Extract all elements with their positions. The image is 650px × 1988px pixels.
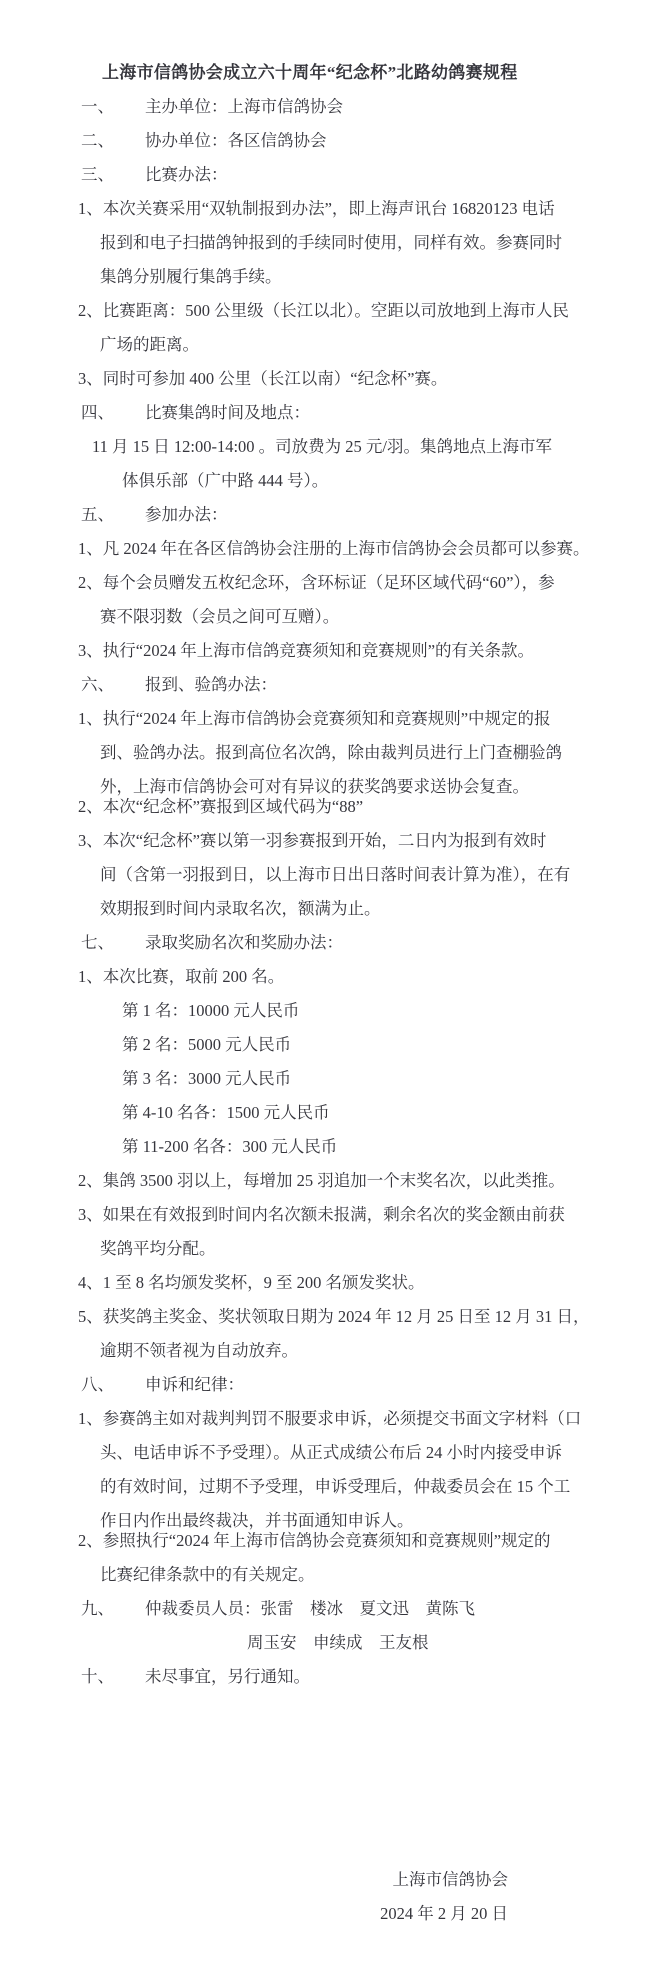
line-text: 2、本次“纪念杯”赛报到区域代码为“88”: [78, 797, 363, 816]
section-number: 九、: [81, 1592, 145, 1626]
line-text: 比赛集鸽时间及地点：: [145, 403, 310, 422]
doc-line-item: 1、执行“2024 年上海市信鸽协会竞赛须知和竞赛规则”中规定的报: [78, 702, 650, 736]
doc-line-cont: 间（含第一羽报到日，以上海市日出日落时间表计算为准），在有: [100, 858, 650, 892]
doc-line-prize: 第 1 名：10000 元人民币: [122, 994, 650, 1028]
signature-block: 上海市信鸽协会 2024 年 2 月 20 日: [0, 1863, 650, 1931]
line-text: 仲裁委员人员：张雷 楼冰 夏文迅 黄陈飞: [145, 1599, 475, 1618]
doc-line-item: 3、本次“纪念杯”赛以第一羽参赛报到开始，二日内为报到有效时: [78, 824, 650, 858]
line-text: 3、如果在有效报到时间内名次额未报满，剩余名次的奖金额由前获: [78, 1205, 565, 1224]
line-text: 主办单位：上海市信鸽协会: [145, 97, 343, 116]
line-text: 逾期不领者视为自动放弃。: [100, 1341, 298, 1360]
doc-line-item: 1、参赛鸽主如对裁判判罚不服要求申诉，必须提交书面文字材料（口: [78, 1402, 650, 1436]
line-text: 5、获奖鸽主奖金、奖状领取日期为 2024 年 12 月 25 日至 12 月 …: [78, 1307, 590, 1326]
section-number: 七、: [81, 926, 145, 960]
line-text: 2、集鸽 3500 羽以上，每增加 25 羽追加一个末奖名次，以此类推。: [78, 1171, 565, 1190]
section-number: 五、: [81, 498, 145, 532]
line-text: 1、本次比赛，取前 200 名。: [78, 967, 284, 986]
doc-line-item: 2、每个会员赠发五枚纪念环，含环标证（足环区域代码“60”），参: [78, 566, 650, 600]
doc-line-arb2: 周玉安 申续成 王友根: [247, 1626, 650, 1660]
signature-organization: 上海市信鸽协会: [0, 1863, 508, 1897]
section-number: 六、: [81, 668, 145, 702]
section-number: 三、: [81, 158, 145, 192]
doc-line-sec: 一、主办单位：上海市信鸽协会: [81, 90, 650, 124]
doc-line-sec: 五、参加办法：: [81, 498, 650, 532]
line-text: 第 1 名：10000 元人民币: [122, 1001, 299, 1020]
doc-line-item: 3、如果在有效报到时间内名次额未报满，剩余名次的奖金额由前获: [78, 1198, 650, 1232]
doc-line-cont: 逾期不领者视为自动放弃。: [100, 1334, 650, 1368]
doc-line-cont: 头、电话申诉不予受理）。从正式成绩公布后 24 小时内接受申诉: [100, 1436, 650, 1470]
line-text: 第 2 名：5000 元人民币: [122, 1035, 291, 1054]
section-number: 十、: [81, 1660, 145, 1694]
line-text: 奖鸽平均分配。: [100, 1239, 216, 1258]
line-text: 报到和电子扫描鸽钟报到的手续同时使用，同样有效。参赛同时: [100, 233, 562, 252]
line-text: 3、本次“纪念杯”赛以第一羽参赛报到开始，二日内为报到有效时: [78, 831, 546, 850]
line-text: 头、电话申诉不予受理）。从正式成绩公布后 24 小时内接受申诉: [100, 1443, 562, 1462]
doc-line-sec: 十、未尽事宜，另行通知。: [81, 1660, 650, 1694]
doc-line-cont: 集鸽分别履行集鸽手续。: [100, 260, 650, 294]
line-text: 第 3 名：3000 元人民币: [122, 1069, 291, 1088]
line-text: 4、1 至 8 名均颁发奖杯，9 至 200 名颁发奖状。: [78, 1273, 425, 1292]
section-number: 八、: [81, 1368, 145, 1402]
doc-line-addr: 11 月 15 日 12:00-14:00 。司放费为 25 元/羽。集鸽地点上…: [92, 430, 650, 464]
doc-line-prize: 第 3 名：3000 元人民币: [122, 1062, 650, 1096]
doc-line-item: 2、参照执行“2024 年上海市信鸽协会竞赛须知和竞赛规则”规定的: [78, 1524, 650, 1558]
document-page: 上海市信鸽协会成立六十周年“纪念杯”北路幼鸽赛规程 一、主办单位：上海市信鸽协会…: [0, 0, 650, 1988]
line-text: 3、同时可参加 400 公里（长江以南）“纪念杯”赛。: [78, 369, 447, 388]
line-text: 的有效时间，过期不予受理，申诉受理后，仲裁委员会在 15 个工: [100, 1477, 570, 1496]
line-text: 体俱乐部（广中路 444 号）。: [122, 471, 328, 490]
line-text: 到、验鸽办法。报到高位名次鸽，除由裁判员进行上门查棚验鸽: [100, 743, 562, 762]
doc-line-item: 2、比赛距离：500 公里级（长江以北）。空距以司放地到上海市人民: [78, 294, 650, 328]
line-text: 1、本次关赛采用“双轨制报到办法”，即上海声讯台 16820123 电话: [78, 199, 555, 218]
line-text: 2、参照执行“2024 年上海市信鸽协会竞赛须知和竞赛规则”规定的: [78, 1531, 551, 1550]
section-number: 二、: [81, 124, 145, 158]
line-text: 比赛纪律条款中的有关规定。: [100, 1565, 315, 1584]
doc-line-cont: 报到和电子扫描鸽钟报到的手续同时使用，同样有效。参赛同时: [100, 226, 650, 260]
doc-line-item: 1、本次比赛，取前 200 名。: [78, 960, 650, 994]
section-number: 一、: [81, 90, 145, 124]
signature-date: 2024 年 2 月 20 日: [0, 1897, 508, 1931]
section-number: 四、: [81, 396, 145, 430]
doc-line-item: 4、1 至 8 名均颁发奖杯，9 至 200 名颁发奖状。: [78, 1266, 650, 1300]
doc-line-item: 5、获奖鸽主奖金、奖状领取日期为 2024 年 12 月 25 日至 12 月 …: [78, 1300, 650, 1334]
line-text: 间（含第一羽报到日，以上海市日出日落时间表计算为准），在有: [100, 865, 570, 884]
line-text: 1、参赛鸽主如对裁判判罚不服要求申诉，必须提交书面文字材料（口: [78, 1409, 581, 1428]
line-text: 未尽事宜，另行通知。: [145, 1667, 310, 1686]
line-text: 申诉和纪律：: [145, 1375, 244, 1394]
line-text: 赛不限羽数（会员之间可互赠）。: [100, 607, 339, 626]
doc-line-sec: 三、比赛办法：: [81, 158, 650, 192]
doc-line-item: 2、集鸽 3500 羽以上，每增加 25 羽追加一个末奖名次，以此类推。: [78, 1164, 650, 1198]
doc-line-item: 1、凡 2024 年在各区信鸽协会注册的上海市信鸽协会会员都可以参赛。: [78, 532, 650, 566]
line-text: 广场的距离。: [100, 335, 199, 354]
doc-line-prize: 第 4-10 名各：1500 元人民币: [122, 1096, 650, 1130]
line-text: 3、执行“2024 年上海市信鸽竞赛须知和竞赛规则”的有关条款。: [78, 641, 534, 660]
document-body: 一、主办单位：上海市信鸽协会二、协办单位：各区信鸽协会三、比赛办法：1、本次关赛…: [0, 90, 650, 1694]
line-text: 录取奖励名次和奖励办法：: [145, 933, 343, 952]
line-text: 第 11-200 名各：300 元人民币: [122, 1137, 337, 1156]
doc-line-prize: 第 2 名：5000 元人民币: [122, 1028, 650, 1062]
line-text: 集鸽分别履行集鸽手续。: [100, 267, 282, 286]
doc-line-item: 3、同时可参加 400 公里（长江以南）“纪念杯”赛。: [78, 362, 650, 396]
line-text: 周玉安 申续成 王友根: [247, 1633, 429, 1652]
doc-line-cont: 的有效时间，过期不予受理，申诉受理后，仲裁委员会在 15 个工: [100, 1470, 650, 1504]
line-text: 2、每个会员赠发五枚纪念环，含环标证（足环区域代码“60”），参: [78, 573, 555, 592]
doc-line-sec: 六、报到、验鸽办法：: [81, 668, 650, 702]
line-text: 效期报到时间内录取名次，额满为止。: [100, 899, 381, 918]
doc-line-prize: 第 11-200 名各：300 元人民币: [122, 1130, 650, 1164]
doc-line-cont: 赛不限羽数（会员之间可互赠）。: [100, 600, 650, 634]
doc-line-cont: 效期报到时间内录取名次，额满为止。: [100, 892, 650, 926]
line-text: 第 4-10 名各：1500 元人民币: [122, 1103, 330, 1122]
line-text: 2、比赛距离：500 公里级（长江以北）。空距以司放地到上海市人民: [78, 301, 569, 320]
doc-line-sec: 九、仲裁委员人员：张雷 楼冰 夏文迅 黄陈飞: [81, 1592, 650, 1626]
doc-line-sec: 二、协办单位：各区信鸽协会: [81, 124, 650, 158]
line-text: 11 月 15 日 12:00-14:00 。司放费为 25 元/羽。集鸽地点上…: [92, 437, 552, 456]
doc-line-cont: 广场的距离。: [100, 328, 650, 362]
doc-line-cont: 比赛纪律条款中的有关规定。: [100, 1558, 650, 1592]
doc-line-sec: 八、申诉和纪律：: [81, 1368, 650, 1402]
doc-line-addr2: 体俱乐部（广中路 444 号）。: [122, 464, 650, 498]
doc-line-cont: 奖鸽平均分配。: [100, 1232, 650, 1266]
doc-line-item: 3、执行“2024 年上海市信鸽竞赛须知和竞赛规则”的有关条款。: [78, 634, 650, 668]
doc-line-sec: 七、录取奖励名次和奖励办法：: [81, 926, 650, 960]
line-text: 比赛办法：: [145, 165, 228, 184]
doc-line-item: 1、本次关赛采用“双轨制报到办法”，即上海声讯台 16820123 电话: [78, 192, 650, 226]
line-text: 1、执行“2024 年上海市信鸽协会竞赛须知和竞赛规则”中规定的报: [78, 709, 551, 728]
document-title: 上海市信鸽协会成立六十周年“纪念杯”北路幼鸽赛规程: [102, 56, 650, 90]
line-text: 参加办法：: [145, 505, 228, 524]
doc-line-cont: 到、验鸽办法。报到高位名次鸽，除由裁判员进行上门查棚验鸽: [100, 736, 650, 770]
doc-line-sec: 四、比赛集鸽时间及地点：: [81, 396, 650, 430]
line-text: 报到、验鸽办法：: [145, 675, 277, 694]
line-text: 协办单位：各区信鸽协会: [145, 131, 327, 150]
line-text: 1、凡 2024 年在各区信鸽协会注册的上海市信鸽协会会员都可以参赛。: [78, 539, 590, 558]
